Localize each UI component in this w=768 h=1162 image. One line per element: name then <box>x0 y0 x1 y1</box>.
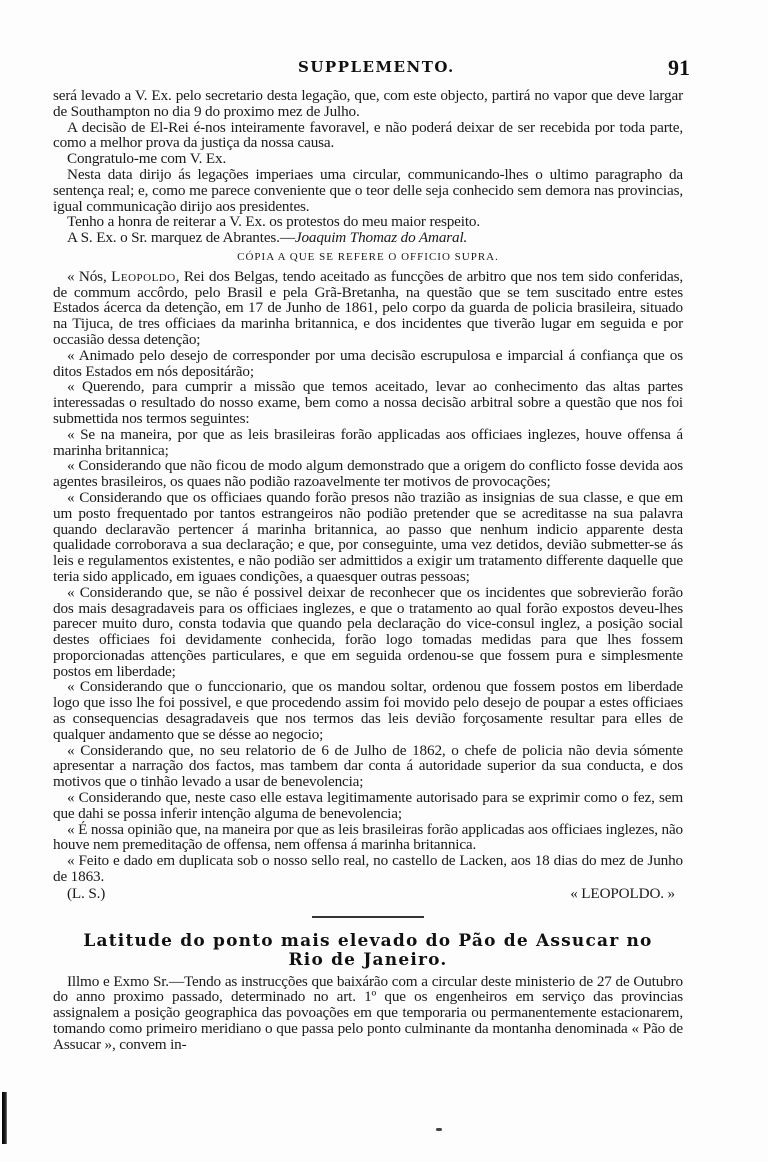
section-title: Latitude do ponto mais elevado do Pão de… <box>53 932 683 970</box>
seal-mark: (L. S.) <box>67 886 105 902</box>
copy-paragraph: « Animado pelo desejo de corresponder po… <box>53 348 683 380</box>
scan-edge-mark <box>2 1092 7 1144</box>
copy-paragraph: « Considerando que os officiaes quando f… <box>53 490 683 585</box>
letter-paragraph: A decisão de El-Rei é-nos inteiramente f… <box>53 120 683 152</box>
copy-paragraph: « Considerando que, no seu relatorio de … <box>53 743 683 790</box>
copy-paragraph: « Se na maneira, por que as leis brasile… <box>53 427 683 459</box>
copy-paragraph: « Querendo, para cumprir a missão que te… <box>53 379 683 426</box>
closing-addressee: A S. Ex. o Sr. marquez de Abrantes.— <box>67 229 295 246</box>
section-divider <box>312 916 424 918</box>
opening-quote: « Nós, <box>67 268 111 285</box>
running-title: SUPPLEMENTO. <box>298 58 455 76</box>
letter-paragraph: Congratulo-me com V. Ex. <box>53 151 683 167</box>
copy-paragraph: « Feito e dado em duplicata sob o nosso … <box>53 853 683 885</box>
copy-heading: CÓPIA A QUE SE REFERE O OFFICIO SUPRA. <box>53 250 683 266</box>
royal-signature: « LEOPOLDO. » <box>570 886 675 902</box>
running-head: SUPPLEMENTO. 91 <box>0 58 768 82</box>
copy-paragraph: « Considerando que não ficou de modo alg… <box>53 458 683 490</box>
section-title-line-2: Rio de Janeiro. <box>53 951 683 970</box>
page-number: 91 <box>668 55 690 81</box>
letter-paragraph: Nesta data dirijo ás legações imperiaes … <box>53 167 683 214</box>
section-title-line-1: Latitude do ponto mais elevado do Pão de… <box>53 932 683 951</box>
seal-row: (L. S.) « LEOPOLDO. » <box>53 886 683 902</box>
king-name: Leopoldo <box>111 268 176 285</box>
copy-paragraph: « Considerando que, neste caso elle esta… <box>53 790 683 822</box>
letter-closing: A S. Ex. o Sr. marquez de Abrantes.—Joaq… <box>53 230 683 246</box>
signature: Joaquim Thomaz do Amaral. <box>295 229 467 246</box>
body-text: será levado a V. Ex. pelo secretario des… <box>53 88 683 1053</box>
ink-speck <box>436 1128 442 1131</box>
letter-paragraph: Tenho a honra de reiterar a V. Ex. os pr… <box>53 214 683 230</box>
section-paragraph: Illmo e Exmo Sr.—Tendo as instrucções qu… <box>53 974 683 1053</box>
copy-paragraph: « É nossa opinião que, na maneira por qu… <box>53 822 683 854</box>
document-page: SUPPLEMENTO. 91 será levado a V. Ex. pel… <box>0 0 768 1162</box>
copy-paragraph: « Considerando que, se não é possivel de… <box>53 585 683 680</box>
copy-opening-paragraph: « Nós, Leopoldo, Rei dos Belgas, tendo a… <box>53 269 683 348</box>
letter-paragraph: será levado a V. Ex. pelo secretario des… <box>53 88 683 120</box>
copy-paragraph: « Considerando que o funccionario, que o… <box>53 679 683 742</box>
